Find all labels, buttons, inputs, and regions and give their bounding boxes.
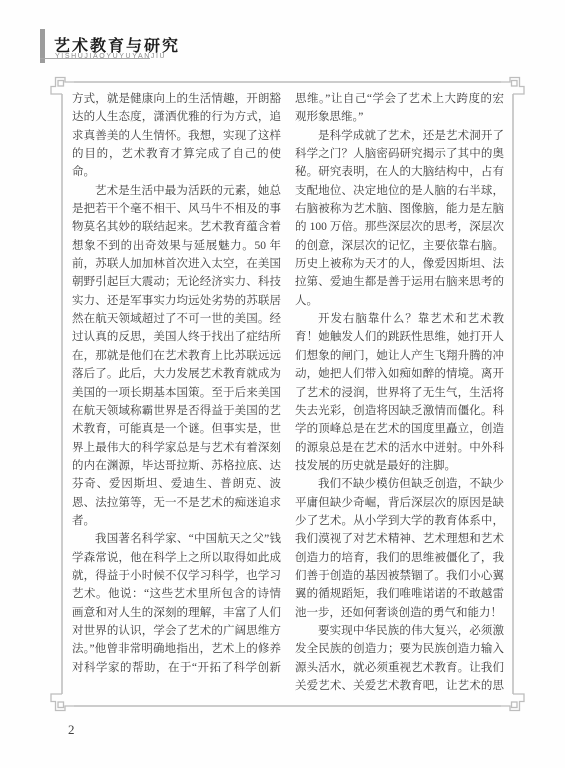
body-paragraph: 艺术是生活中最为活跃的元素，她总是把若干个毫不相干、风马牛不相及的事物莫名其妙的… xyxy=(72,182,281,531)
frame-corner-bottom-right xyxy=(501,694,524,711)
body-paragraph: 方式，就是健康向上的生活情趣，开朗豁达的人生态度，潇洒优雅的行为方式，追求真善美… xyxy=(72,90,281,182)
frame-corner-bottom-left xyxy=(51,694,74,711)
body-paragraph: 开发右脑靠什么？靠艺术和艺术教育！她触发人们的跳跃性思维，她打开人们想象的闸门，… xyxy=(295,310,504,475)
body-paragraph: 我们不缺少模仿但缺乏创造，不缺少平庸但缺少奇崛，背后深层次的原因是缺少了艺术。从… xyxy=(295,475,504,622)
frame-corner-top-left xyxy=(51,78,74,95)
page-number: 2 xyxy=(68,722,75,738)
frame-corner-top-right xyxy=(501,78,524,95)
body-paragraph: 是科学成就了艺术，还是艺术洞开了科学之门？人脑密码研究揭示了其中的奥秘。研究表明… xyxy=(295,127,504,310)
journal-page: { "header": { "title": "艺术教育与研究", "subti… xyxy=(0,0,565,768)
article-body: 方式，就是健康向上的生活情趣，开朗豁达的人生态度，潇洒优雅的行为方式，追求真善美… xyxy=(72,90,504,696)
